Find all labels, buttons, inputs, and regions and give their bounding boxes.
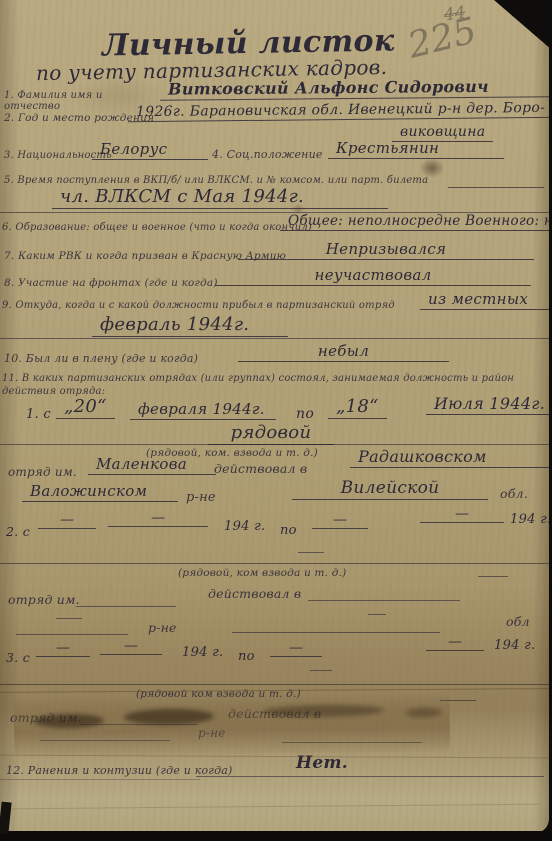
service3-rne: р-не bbox=[198, 726, 226, 740]
service1-to-day: „18“ bbox=[328, 396, 387, 419]
service3-year1: 194 г. bbox=[182, 645, 223, 660]
field-social-value: Крестьянин bbox=[328, 139, 504, 159]
service3-blank3: — bbox=[270, 640, 322, 657]
service2-oblast-blank bbox=[232, 632, 440, 633]
service2-unit-label: отряд им. bbox=[8, 592, 80, 607]
rule-line bbox=[196, 776, 544, 777]
field-arrival-value-cont: февраль 1944г. bbox=[92, 314, 288, 337]
service2-blank4: — bbox=[420, 506, 504, 523]
service1-po: по bbox=[296, 406, 314, 422]
paper-crease bbox=[0, 755, 549, 759]
rule-line bbox=[0, 779, 200, 780]
service2-unit-blank bbox=[76, 606, 176, 607]
tape-repair-strip bbox=[14, 691, 451, 756]
ink-smudge bbox=[406, 707, 442, 717]
field-nationality-value: Белорус bbox=[92, 140, 208, 160]
service2-year1: 194 г. bbox=[224, 519, 265, 534]
service2-row-label: 2. с bbox=[6, 524, 30, 539]
service2-blank3: — bbox=[312, 512, 368, 529]
field-social-label: 4. Соц.положение bbox=[212, 148, 323, 161]
scan-corner-top-right bbox=[494, 0, 552, 50]
ink-smudge bbox=[124, 708, 214, 725]
ink-smudge bbox=[34, 714, 104, 729]
service2-acted-blank bbox=[308, 600, 460, 601]
pen-dash-mark bbox=[310, 670, 332, 671]
rule-line bbox=[0, 684, 549, 685]
pen-dash-mark bbox=[368, 614, 386, 615]
service2-blank2: — bbox=[108, 510, 208, 527]
service3-year2: 194 г. bbox=[494, 638, 535, 653]
service3-blank2: — bbox=[100, 638, 162, 655]
field-name-value: Витковский Альфонс Сидорович bbox=[160, 76, 551, 100]
pen-dash-mark bbox=[478, 576, 508, 577]
scan-edge-bottom bbox=[0, 831, 552, 841]
service1-row-label: 1. с bbox=[26, 407, 51, 422]
service2-obl: обл bbox=[506, 614, 530, 629]
rule-line bbox=[0, 338, 549, 339]
service1-unit: Маленкова bbox=[88, 455, 216, 475]
field-fronts-value: неучаствовал bbox=[215, 266, 531, 286]
service1-from-day: „20“ bbox=[56, 396, 115, 419]
service3-po: по bbox=[238, 649, 255, 664]
service2-blank1: — bbox=[38, 512, 96, 529]
service1-rne: р-не bbox=[186, 490, 216, 505]
field-fronts-label: 8. Участие на фронтах (где и когда) bbox=[4, 277, 218, 289]
service1-from-month: февраля 1944г. bbox=[130, 400, 276, 420]
service2-district-blank bbox=[16, 634, 128, 635]
service3-row-label: 3. с bbox=[6, 650, 30, 665]
service2-acted-label: действовал в bbox=[208, 586, 301, 601]
service1-to-month: Июля 1944г. bbox=[426, 394, 552, 415]
paper-sheet: 44 225 Личный листок по учету партизанск… bbox=[0, 0, 549, 833]
service2-year2: 194 г. bbox=[510, 512, 551, 527]
pen-dash-mark bbox=[298, 552, 324, 553]
service1-district-a: Радашковском bbox=[350, 447, 552, 468]
field-birth-value: 1926г. Барановичская обл. Ивенецкий р-н … bbox=[128, 100, 552, 123]
rule-line bbox=[0, 444, 549, 445]
rule-line bbox=[0, 563, 549, 564]
field-education-label: 6. Образование: общее и военное (что и к… bbox=[2, 222, 312, 233]
field-party-label: 5. Время поступления в ВКП/б/ или ВЛКСМ.… bbox=[4, 175, 444, 186]
service1-oblast: Вилейской bbox=[292, 478, 488, 500]
field-education-value: Общее: неполносредне Военного: нет bbox=[280, 213, 552, 231]
service1-position: рядовой bbox=[208, 422, 334, 445]
ink-smudge bbox=[264, 704, 384, 717]
scanned-document: 44 225 Личный листок по учету партизанск… bbox=[0, 0, 552, 841]
service1-obl: обл. bbox=[500, 486, 528, 501]
pencil-page-number: 225 bbox=[404, 10, 481, 66]
field-party-value: чл. ВЛКСМ с Мая 1944г. bbox=[52, 186, 388, 209]
paper-crease bbox=[10, 804, 540, 810]
field-captivity-label: 10. Был ли в плену (где и когда) bbox=[4, 352, 198, 365]
service2-rne: р-не bbox=[148, 620, 177, 635]
field-arrival-label: 9. Откуда, когда и с какой должности при… bbox=[2, 300, 395, 311]
field-rvk-value: Непризывался bbox=[238, 240, 534, 260]
service3-oblast-blank bbox=[282, 742, 422, 743]
service3-blank1: — bbox=[36, 640, 90, 657]
service1-unit-label: отряд им. bbox=[8, 465, 77, 479]
service1-acted-label: действовал в bbox=[214, 461, 307, 476]
service2-po: по bbox=[280, 523, 297, 538]
service3-blank4: — bbox=[426, 634, 484, 651]
pen-dash-mark bbox=[56, 618, 82, 619]
service3-district-blank bbox=[40, 740, 170, 741]
service2-position-hint: (рядовой, ком взвода и т. д.) bbox=[178, 567, 346, 579]
field-captivity-value: небыл bbox=[238, 342, 449, 362]
service1-district-b: Валожинском bbox=[22, 482, 178, 502]
party-blank-line bbox=[448, 186, 544, 188]
field-arrival-value: из местных bbox=[420, 290, 552, 310]
